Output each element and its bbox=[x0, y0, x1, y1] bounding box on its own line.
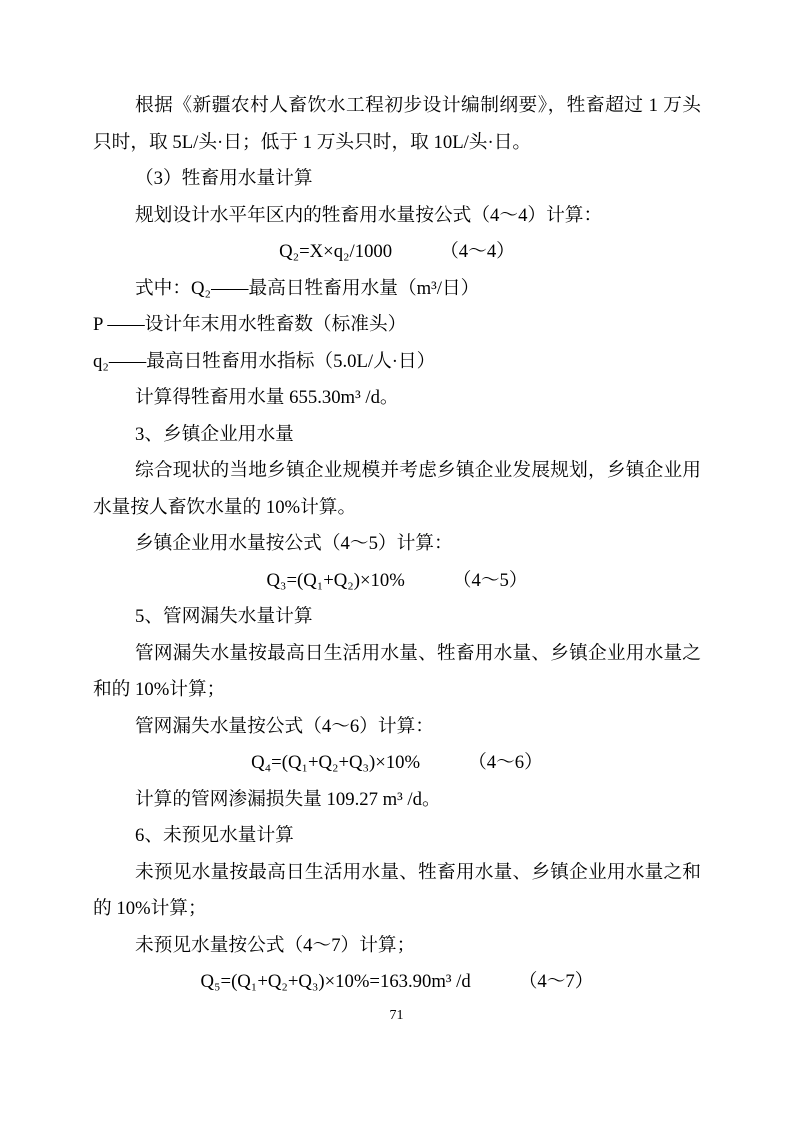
formula-definition-p: P ——设计年末用水牲畜数（标准头） bbox=[93, 307, 701, 344]
paragraph-formula-4-5-intro: 乡镇企业用水量按公式（4～5）计算： bbox=[93, 526, 701, 563]
equation-4-7-expression: Q₅=(Q₁+Q₂+Q₃)×10%=163.90m³ /d bbox=[201, 971, 471, 992]
paragraph-formula-4-7-intro: 未预见水量按公式（4～7）计算； bbox=[93, 928, 701, 965]
paragraph-livestock-standard: 根据《新疆农村人畜饮水工程初步设计编制纲要》，牲畜超过 1 万头只时，取 5L/… bbox=[93, 88, 701, 161]
section-heading-unforeseen-water: 6、未预见水量计算 bbox=[93, 818, 701, 855]
paragraph-formula-4-6-intro: 管网漏失水量按公式（4～6）计算： bbox=[93, 709, 701, 746]
document-body: 根据《新疆农村人畜饮水工程初步设计编制纲要》，牲畜超过 1 万头只时，取 5L/… bbox=[93, 88, 701, 1001]
page-number: 71 bbox=[0, 1006, 793, 1026]
paragraph-livestock-result: 计算得牲畜用水量 655.30m³ /d。 bbox=[93, 380, 701, 417]
paragraph-pipe-leakage-desc: 管网漏失水量按最高日生活用水量、牲畜用水量、乡镇企业用水量之和的 10%计算； bbox=[93, 636, 701, 709]
section-heading-livestock-water-calc: （3）牲畜用水量计算 bbox=[93, 161, 701, 198]
paragraph-township-enterprise-desc: 综合现状的当地乡镇企业规模并考虑乡镇企业发展规划，乡镇企业用水量按人畜饮水量的 … bbox=[93, 453, 701, 526]
equation-4-7-number: （4～7） bbox=[519, 971, 594, 992]
document-page: 根据《新疆农村人畜饮水工程初步设计编制纲要》，牲畜超过 1 万头只时，取 5L/… bbox=[0, 0, 793, 1122]
paragraph-formula-4-4-intro: 规划设计水平年区内的牲畜用水量按公式（4～4）计算： bbox=[93, 198, 701, 235]
equation-4-7: Q₅=(Q₁+Q₂+Q₃)×10%=163.90m³ /d（4～7） bbox=[93, 964, 701, 1001]
equation-4-6-expression: Q₄=(Q₁+Q₂+Q₃)×10% bbox=[251, 752, 420, 773]
section-heading-township-enterprise: 3、乡镇企业用水量 bbox=[93, 417, 701, 454]
formula-definition-q2-index: q₂——最高日牲畜用水指标（5.0L/人·日） bbox=[93, 344, 701, 381]
equation-4-6: Q₄=(Q₁+Q₂+Q₃)×10%（4～6） bbox=[93, 745, 701, 782]
equation-4-4-expression: Q₂=X×q₂/1000 bbox=[279, 241, 392, 262]
paragraph-pipe-leakage-result: 计算的管网渗漏损失量 109.27 m³ /d。 bbox=[93, 782, 701, 819]
equation-4-4-number: （4～4） bbox=[440, 241, 515, 262]
equation-4-5-expression: Q₃=(Q₁+Q₂)×10% bbox=[266, 570, 404, 591]
paragraph-unforeseen-desc: 未预见水量按最高日生活用水量、牲畜用水量、乡镇企业用水量之和的 10%计算； bbox=[93, 855, 701, 928]
formula-definition-q2: 式中：Q₂——最高日牲畜用水量（m³/日） bbox=[93, 271, 701, 308]
equation-4-5-number: （4～5） bbox=[453, 570, 528, 591]
equation-4-6-number: （4～6） bbox=[468, 752, 543, 773]
equation-4-5: Q₃=(Q₁+Q₂)×10%（4～5） bbox=[93, 563, 701, 600]
equation-4-4: Q₂=X×q₂/1000（4～4） bbox=[93, 234, 701, 271]
section-heading-pipe-leakage: 5、管网漏失水量计算 bbox=[93, 599, 701, 636]
